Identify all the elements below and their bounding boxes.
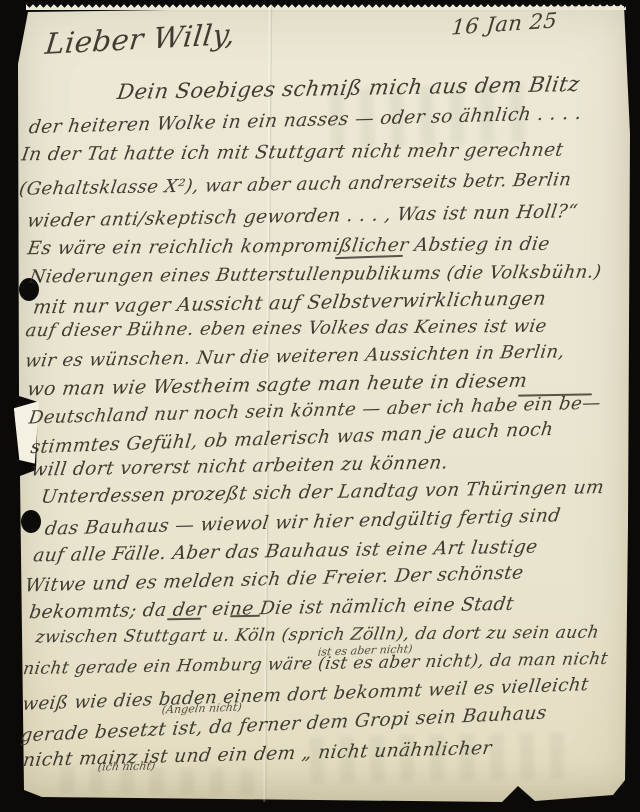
punch-hole — [21, 510, 41, 533]
verso-ghost-text — [60, 766, 260, 795]
letter-scan: 16 Jan 25 Lieber Willy, Dein Soebiges sc… — [0, 0, 640, 812]
interlinear-note: (ich nicht) — [97, 760, 156, 774]
